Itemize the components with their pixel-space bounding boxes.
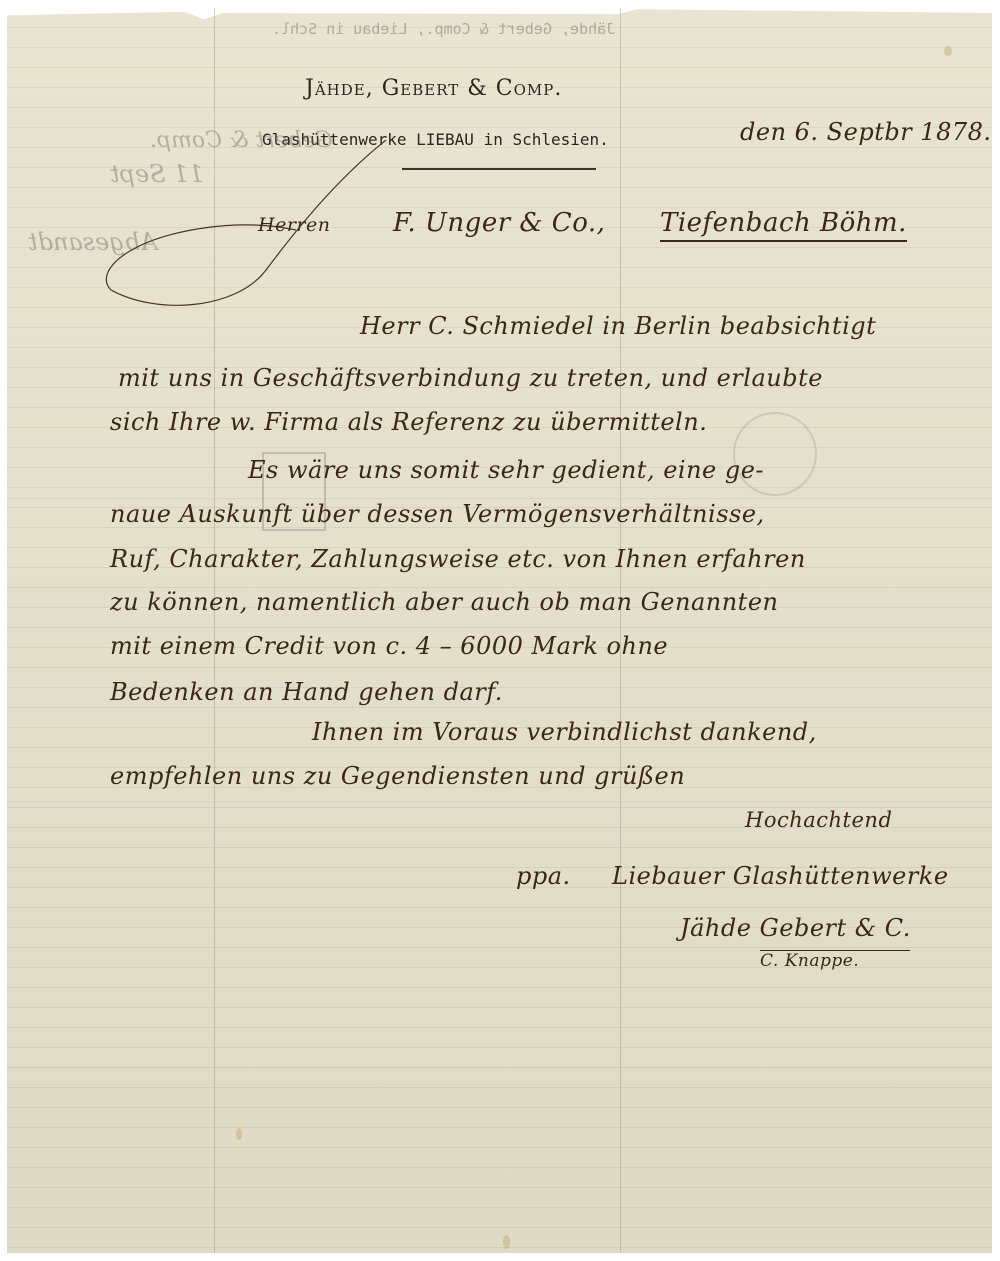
per-procura: ppa. [516,862,571,890]
letterhead-divider [402,168,596,170]
signatory: C. Knappe. [760,950,910,971]
letter-paper [7,8,992,1253]
vertical-fold-line [214,8,215,1253]
bleed-through-stamp: Jähde, Gebert & Comp., Liebau in Schl. [272,20,615,38]
paper-stain [503,1235,510,1249]
body-line: Ihnen im Voraus verbindlichst dankend, [312,718,817,746]
body-line: Es wäre uns somit sehr gedient, eine ge- [248,456,764,484]
valediction: Hochachtend [745,808,892,832]
body-line: Bedenken an Hand gehen darf. [110,678,503,706]
body-line: zu können, namentlich aber auch ob man G… [110,588,778,616]
body-line: mit einem Credit von c. 4 – 6000 Mark oh… [110,632,668,660]
recipient-name: F. Unger & Co., [393,208,605,238]
vertical-fold-line [620,8,621,1253]
body-line: mit uns in Geschäftsverbindung zu treten… [118,364,823,392]
body-line: naue Auskunft über dessen Vermögensverhä… [110,500,765,528]
signature: Jähde Gebert & C. [680,914,911,942]
pencil-note: Gebert & Comp. [150,128,333,153]
firm-signature: Liebauer Glashüttenwerke [612,862,949,890]
body-line: empfehlen uns zu Gegendiensten und grüße… [110,762,685,790]
recipient-place: Tiefenbach Böhm. [660,208,907,242]
paper-stain [944,46,952,56]
horizontal-fold-line [7,800,992,802]
company-name: Jähde, Gebert & Comp. [305,76,562,101]
salutation: Herren [258,214,330,236]
body-line: Ruf, Charakter, Zahlungsweise etc. von I… [110,545,806,573]
horizontal-fold-line [7,497,992,499]
pencil-note: 11 Sept [110,160,204,188]
body-line: sich Ihre w. Firma als Referenz zu überm… [110,408,707,436]
body-line: Herr C. Schmiedel in Berlin beabsichtigt [360,312,876,340]
paper-stain [236,1128,242,1140]
pencil-note: Abgesandt [28,228,157,256]
date-line: den 6. Septbr 1878. [740,118,992,146]
